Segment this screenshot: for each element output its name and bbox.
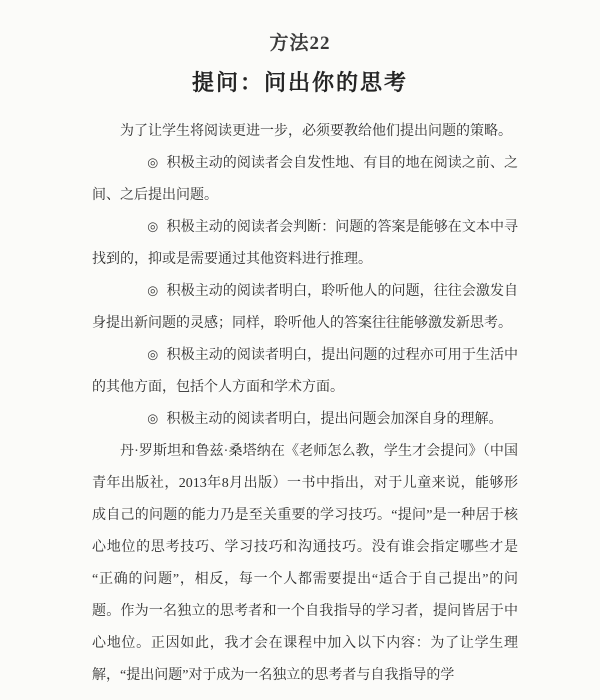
bullet-item: ◎积极主动的阅读者明白，提出问题的过程亦可用于生活中的其他方面，包括个人方面和学…	[92, 340, 518, 404]
intro-paragraph: 为了让学生将阅读更进一步，必须要教给他们提出问题的策略。	[92, 116, 518, 148]
bullet-item: ◎积极主动的阅读者会自发性地、有目的地在阅读之前、之间、之后提出问题。	[92, 148, 518, 212]
circle-bullet-icon: ◎	[122, 214, 158, 243]
book-page: 方法22 提问：问出你的思考 为了让学生将阅读更进一步，必须要教给他们提出问题的…	[0, 0, 600, 700]
circle-bullet-icon: ◎	[122, 406, 158, 435]
bullet-item-text: 积极主动的阅读者明白，提出问题会加深自身的理解。	[167, 412, 503, 427]
circle-bullet-icon: ◎	[122, 342, 158, 371]
circle-bullet-icon: ◎	[122, 278, 158, 307]
bullet-item: ◎积极主动的阅读者明白，聆听他人的问题，往往会激发自身提出新问题的灵感；同样，聆…	[92, 276, 518, 340]
body-text-column: 为了让学生将阅读更进一步，必须要教给他们提出问题的策略。 ◎积极主动的阅读者会自…	[92, 116, 518, 692]
method-number-heading: 方法22	[0, 28, 600, 55]
closing-paragraph: 丹·罗斯坦和鲁兹·桑塔纳在《老师怎么教，学生才会提问》（中国青年出版社，2013…	[92, 436, 518, 692]
page-title: 提问：问出你的思考	[0, 66, 600, 97]
bullet-item: ◎积极主动的阅读者明白，提出问题会加深自身的理解。	[92, 404, 518, 436]
bullet-item: ◎积极主动的阅读者会判断：问题的答案是能够在文本中寻找到的，抑或是需要通过其他资…	[92, 212, 518, 276]
circle-bullet-icon: ◎	[122, 150, 158, 179]
